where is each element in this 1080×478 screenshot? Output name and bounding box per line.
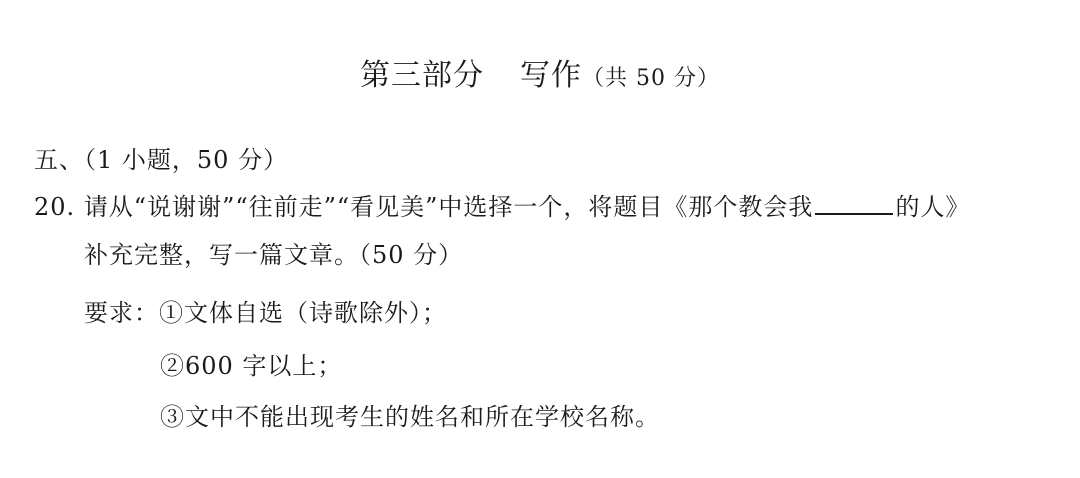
part-label: 第三部分 xyxy=(360,58,484,93)
question-prompt-line2: 补充完整，写一篇文章。（50 分） xyxy=(84,239,463,271)
part-name: 写作 xyxy=(520,58,582,93)
question-prompt-line1: 20. 请从“说谢谢”“往前走”“看见美”中选择一个，将题目《那个教会我的人》 xyxy=(34,191,970,223)
section-heading: 五、（1 小题，50 分） xyxy=(34,144,288,176)
exam-page: 第三部分写作（共 50 分） 五、（1 小题，50 分） 20. 请从“说谢谢”… xyxy=(0,0,1080,478)
requirement-3: ③文中不能出现考生的姓名和所在学校名称。 xyxy=(160,401,660,433)
part-score: （共 50 分） xyxy=(582,66,720,91)
part-title: 第三部分写作（共 50 分） xyxy=(0,56,1080,99)
requirement-2: ②600 字以上； xyxy=(160,350,342,382)
question-prompt-before-blank: 请从“说谢谢”“往前走”“看见美”中选择一个，将题目《那个教会我 xyxy=(84,193,814,221)
requirement-text: ①文体自选（诗歌除外）； xyxy=(159,299,447,327)
requirement-1: 要求：①文体自选（诗歌除外）； xyxy=(84,297,447,329)
requirements-label: 要求： xyxy=(84,299,159,327)
title-blank xyxy=(815,191,893,215)
question-number: 20. xyxy=(34,193,75,221)
question-prompt-after-blank: 的人》 xyxy=(895,193,970,221)
